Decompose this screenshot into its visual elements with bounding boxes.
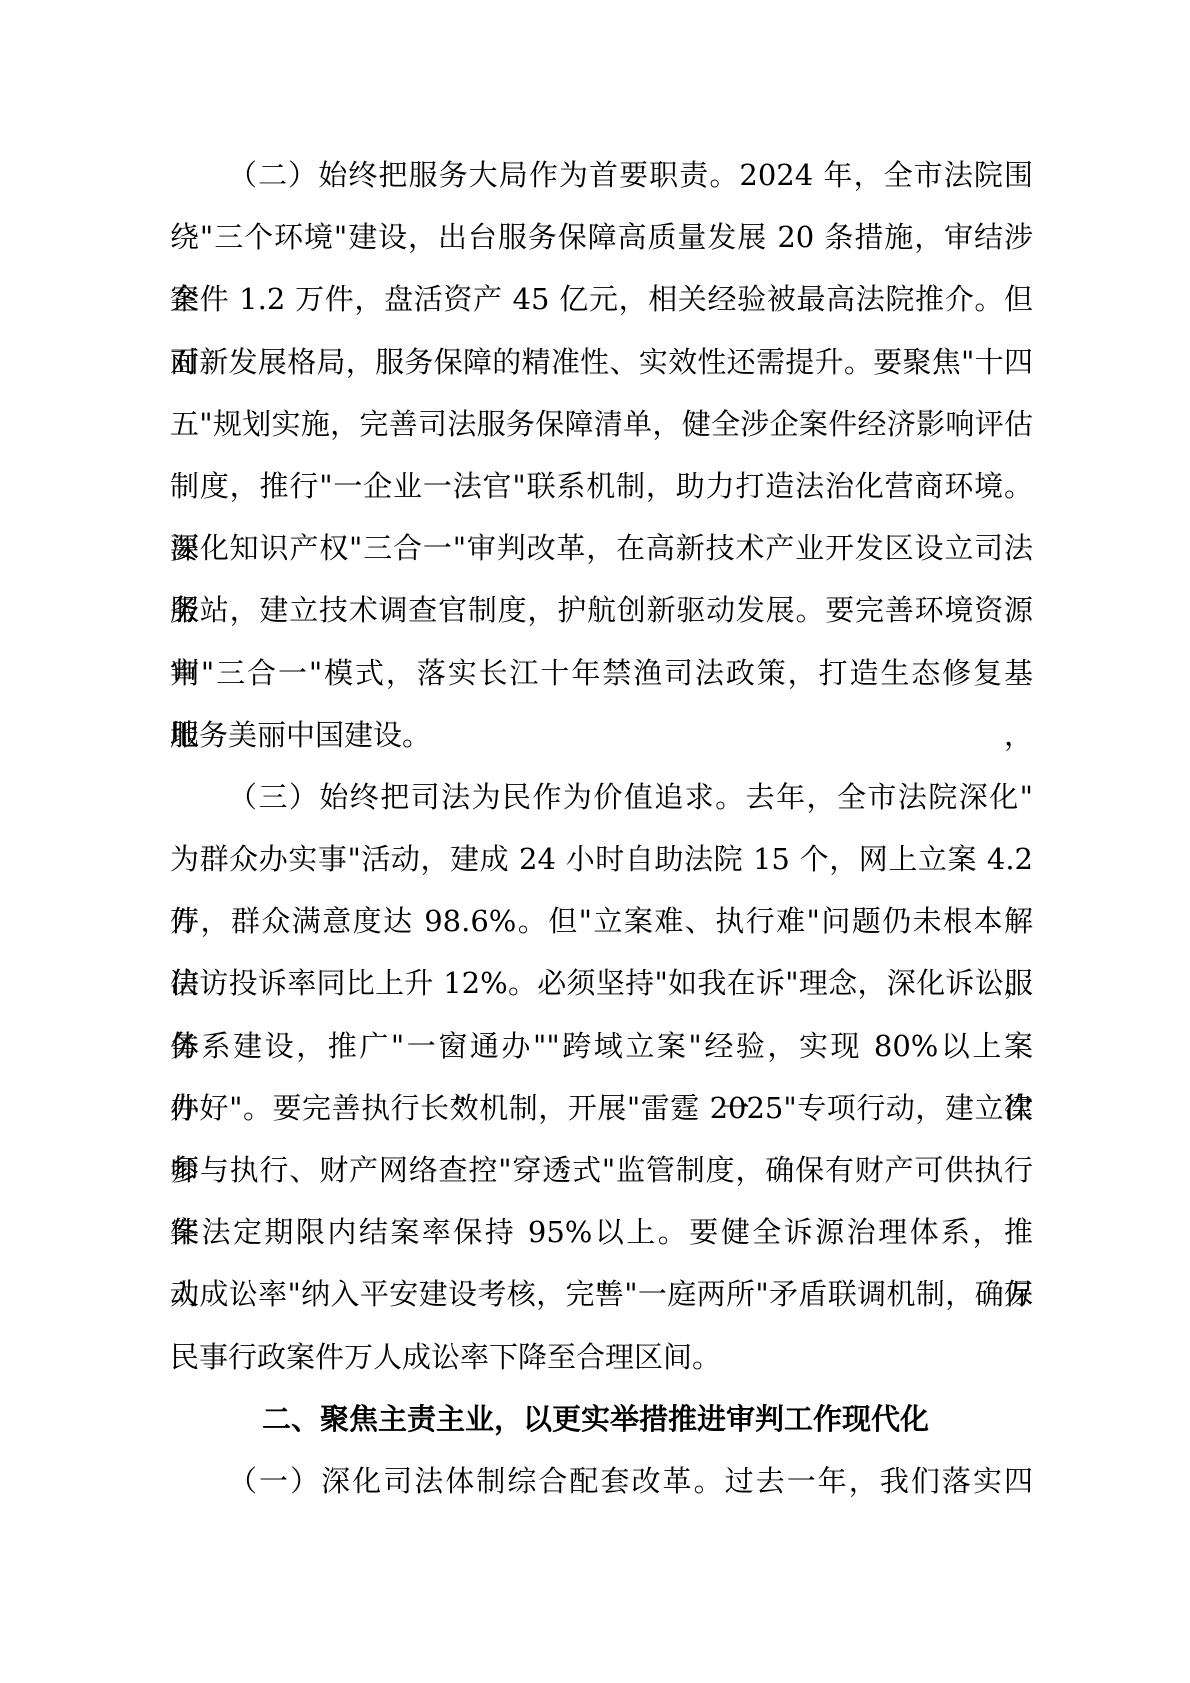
text-line: 信访投诉率同比上升 12%。必须坚持"如我在诉"理念，深化诉讼服务 (170, 952, 1033, 1014)
text-line: 为群众办实事"活动，建成 24 小时自助法院 15 个，网上立案 4.2 万 (170, 828, 1033, 890)
paragraph-section-three: （三）始终把司法为民作为价值追求。去年，全市法院深化" 为群众办实事"活动，建成… (170, 766, 1033, 1388)
text-line: 办好"。要完善执行长效机制，开展"雷霆 2025"专项行动，建立律师 (170, 1077, 1033, 1139)
text-line: 制度，推行"一企业一法官"联系机制，助力打造法治化营商环境。要 (170, 455, 1033, 517)
paragraph-section-two: （二）始终把服务大局作为首要职责。2024 年，全市法院围 绕"三个环境"建设，… (170, 144, 1033, 766)
text-line: 判"三合一"模式，落实长江十年禁渔司法政策，打造生态修复基地， (170, 642, 1033, 704)
text-line: 案件 1.2 万件，盘活资产 45 亿元，相关经验被最高法院推介。但面 (170, 268, 1033, 330)
text-line: 参与执行、财产网络查控"穿透式"监管制度，确保有财产可供执行案 (170, 1139, 1033, 1201)
text-line: （二）始终把服务大局作为首要职责。2024 年，全市法院围 (170, 144, 1033, 206)
paragraph-section-one: （一）深化司法体制综合配套改革。过去一年，我们落实四 (170, 1450, 1033, 1512)
text-line: 务站，建立技术调查官制度，护航创新驱动发展。要完善环境资源审 (170, 579, 1033, 641)
text-line: （一）深化司法体制综合配套改革。过去一年，我们落实四 (170, 1450, 1033, 1512)
text-line: 民事行政案件万人成讼率下降至合理区间。 (170, 1326, 1033, 1388)
text-line: 对新发展格局，服务保障的精准性、实效性还需提升。要聚焦"十四 (170, 331, 1033, 393)
text-line: 件，群众满意度达 98.6%。但"立案难、执行难"问题仍未根本解决， (170, 890, 1033, 952)
text-line: 五"规划实施，完善司法服务保障清单，健全涉企案件经济影响评估 (170, 393, 1033, 455)
text-line: 件法定期限内结案率保持 95%以上。要健全诉源治理体系，推动"万 (170, 1201, 1033, 1263)
heading-line: 二、聚焦主责主业，以更实举措推进审判工作现代化 (170, 1388, 1033, 1450)
text-line: 体系建设，推广"一窗通办""跨域立案"经验，实现 80%以上案件"一次 (170, 1015, 1033, 1077)
document-page: （二）始终把服务大局作为首要职责。2024 年，全市法院围 绕"三个环境"建设，… (0, 0, 1190, 1683)
text-line: 深化知识产权"三合一"审判改革，在高新技术产业开发区设立司法服 (170, 517, 1033, 579)
section-heading-two: 二、聚焦主责主业，以更实举措推进审判工作现代化 (170, 1388, 1033, 1450)
document-body: （二）始终把服务大局作为首要职责。2024 年，全市法院围 绕"三个环境"建设，… (170, 144, 1033, 1512)
text-line: （三）始终把司法为民作为价值追求。去年，全市法院深化" (170, 766, 1033, 828)
text-line: 人成讼率"纳入平安建设考核，完善"一庭两所"矛盾联调机制，确保 (170, 1263, 1033, 1325)
text-line: 绕"三个环境"建设，出台服务保障高质量发展 20 条措施，审结涉企 (170, 206, 1033, 268)
